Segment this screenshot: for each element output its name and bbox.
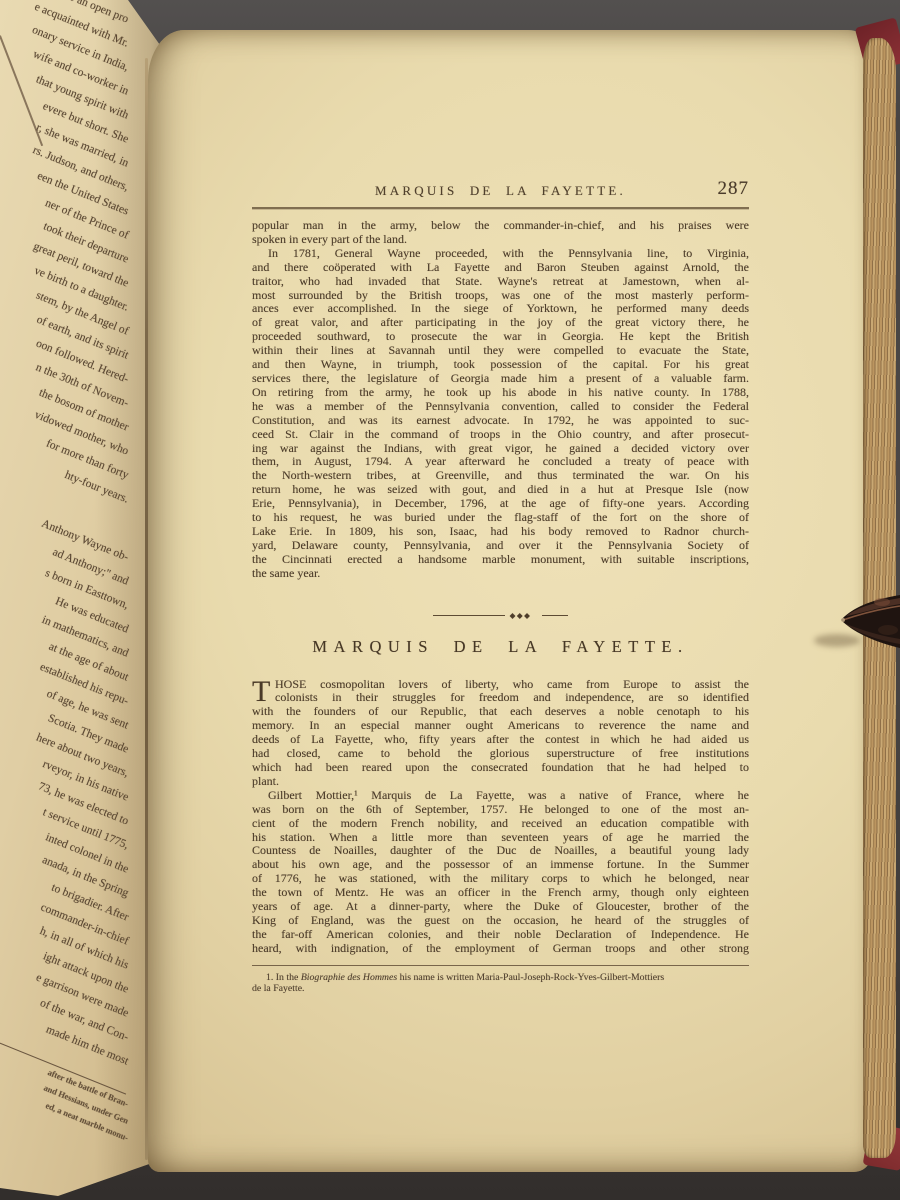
body-line: to his request, he was buried under the … bbox=[252, 511, 749, 525]
body-line: services there, the legislature of Georg… bbox=[252, 372, 749, 386]
previous-page-line: great peril, toward the bbox=[0, 160, 132, 295]
previous-page-line: evere but short. She bbox=[0, 16, 132, 151]
text-column: MARQUIS DE LA FAYETTE. 287 popular man i… bbox=[252, 180, 749, 995]
previous-page-line: of earth, and its spirit bbox=[0, 232, 132, 367]
body-line: colonists in their struggles for freedom… bbox=[252, 691, 749, 705]
body-line: about his own age, and the possessor of … bbox=[252, 858, 749, 872]
previous-page-line: een the United States bbox=[0, 88, 132, 223]
body-line: Countess de Noailles, daughter of the Du… bbox=[252, 844, 749, 858]
body-line: deeds of La Fayette, who, fifty years af… bbox=[252, 733, 749, 747]
previous-page-line: He was educated bbox=[0, 506, 132, 641]
previous-page-line: Anthony Wayne ob- bbox=[0, 434, 132, 569]
diamond-ornament-icon: ◆◆◆ bbox=[510, 611, 532, 621]
previous-page-line: anada, in the Spring bbox=[0, 770, 132, 905]
previous-page-text: ble much of her lashe made an open proe … bbox=[0, 0, 128, 1147]
footnote-line-1: 1. In the Biographie des Hommes his name… bbox=[252, 972, 749, 984]
previous-page-line: commander-in-chief bbox=[0, 818, 132, 953]
divider-rule-left bbox=[433, 615, 505, 616]
body-line: Constitution, and was its earnest advoca… bbox=[252, 414, 749, 428]
footnote-line-2: de la Fayette. bbox=[252, 983, 749, 995]
body-line: memory. In an especial manner ought Amer… bbox=[252, 719, 749, 733]
previous-page-line: h, in all of which his bbox=[0, 842, 132, 977]
body-line: ing war against the Indians, with great … bbox=[252, 442, 749, 456]
page-edge-line bbox=[0, 35, 43, 146]
body-line: On retiring from the army, he took up hi… bbox=[252, 386, 749, 400]
chapter-paragraph-2: Gilbert Mottier,¹ Marquis de La Fayette,… bbox=[252, 789, 749, 956]
body-line: which had been reared upon the consecrat… bbox=[252, 761, 749, 775]
gutter-shadow bbox=[145, 58, 148, 1160]
previous-page-line: that young spirit with bbox=[0, 0, 132, 127]
body-line: the far-off American colonies, and their… bbox=[252, 928, 749, 942]
previous-page-line: established his repu- bbox=[0, 578, 132, 713]
previous-page-line bbox=[0, 401, 134, 545]
previous-page-line: n the 30th of Novem- bbox=[0, 280, 132, 415]
body-line: the North-western tribes, at Greenville,… bbox=[252, 469, 749, 483]
body-line: traitor, who had invaded that State. Way… bbox=[252, 275, 749, 289]
body-line: the same year. bbox=[252, 567, 749, 581]
previous-page-line: the bosom of mother bbox=[0, 304, 132, 439]
previous-page-line: of age, he was sent bbox=[0, 602, 132, 737]
previous-page-line: ed, a neat marble monu- bbox=[0, 1018, 131, 1146]
page-number: 287 bbox=[718, 178, 750, 200]
divider-rule-right bbox=[542, 615, 568, 616]
body-line: Lake Erie. In 1809, his son, Isaac, had … bbox=[252, 525, 749, 539]
body-line: them, in August, 1794. A year afterward … bbox=[252, 455, 749, 469]
footnote: 1. In the Biographie des Hommes his name… bbox=[252, 972, 749, 995]
previous-page-line: made him the most bbox=[0, 938, 132, 1073]
footnote-rule bbox=[252, 965, 749, 966]
chapter-heading: MARQUIS DE LA FAYETTE. bbox=[252, 637, 749, 657]
previous-page-line: after the battle of Bran- bbox=[0, 984, 131, 1112]
previous-page-line: ble much of her la bbox=[0, 0, 132, 7]
body-line: the Cincinnati erected a handsome marble… bbox=[252, 553, 749, 567]
body-line: the town of Mentz. He was an officer in … bbox=[252, 886, 749, 900]
body-line: with the founders of our Republic, that … bbox=[252, 705, 749, 719]
body-line: ances ever accomplished. In the siege of… bbox=[252, 302, 749, 316]
previous-page-line: hty-four years. bbox=[0, 376, 132, 511]
body-line: of great valor, and after participating … bbox=[252, 316, 749, 330]
body-line: popular man in the army, below the comma… bbox=[252, 219, 749, 233]
body-line: was born on the 6th of September, 1757. … bbox=[252, 803, 749, 817]
previous-page-line: at the age of about bbox=[0, 554, 132, 689]
body-line: In 1781, General Wayne proceeded, with t… bbox=[252, 247, 749, 261]
body-line: proceeded southward, to prosecute the wa… bbox=[252, 330, 749, 344]
body-line: had closed, came to behold the glorious … bbox=[252, 747, 749, 761]
body-line: of 1776, he was stationed, with the mili… bbox=[252, 872, 749, 886]
previous-page-line: t service until 1775, bbox=[0, 722, 132, 857]
header-rule bbox=[252, 207, 749, 209]
previous-page-line: took their departure bbox=[0, 136, 132, 271]
pen-nib bbox=[836, 578, 900, 664]
body-line: and there coöperated with La Fayette and… bbox=[252, 261, 749, 275]
previous-page-line: oon followed. Hered- bbox=[0, 256, 132, 391]
previous-page-line: vidowed mother, who bbox=[0, 328, 132, 463]
previous-page-line: rveyor, in his native bbox=[0, 674, 132, 809]
previous-page-line: of the war, and Con- bbox=[0, 914, 132, 1049]
drop-cap: T bbox=[252, 679, 271, 705]
body-line: yard, Delaware county, Pennsylvania, and… bbox=[252, 539, 749, 553]
body-line: spoken in every part of the land. bbox=[252, 233, 749, 247]
previous-page-line: onary service in India, bbox=[0, 0, 132, 79]
body-line: Gilbert Mottier,¹ Marquis de La Fayette,… bbox=[252, 789, 749, 803]
body-line: most surrounded by the British troops, w… bbox=[252, 289, 749, 303]
previous-page-line: 73, he was elected to bbox=[0, 698, 132, 833]
section-divider: ◆◆◆ bbox=[252, 611, 749, 621]
previous-page-line: to brigadier. After bbox=[0, 794, 132, 929]
body-line: cient of the modern French nobility, and… bbox=[252, 817, 749, 831]
previous-page-line: ner of the Prince of bbox=[0, 112, 132, 247]
body-line: return home, he was seized with gout, an… bbox=[252, 483, 749, 497]
previous-page-line: inted colonel in the bbox=[0, 746, 132, 881]
previous-page-line: ight attack upon the bbox=[0, 866, 132, 1001]
previous-page-line: ad Anthony;" and bbox=[0, 458, 132, 593]
body-line: HOSE cosmopolitan lovers of liberty, who… bbox=[252, 678, 749, 692]
running-head: MARQUIS DE LA FAYETTE. bbox=[252, 180, 749, 202]
previous-page-line: and Hessians, under Gen bbox=[0, 1001, 131, 1129]
previous-page-line: e garrison were made bbox=[0, 890, 132, 1025]
previous-page-line bbox=[0, 970, 131, 1095]
body-line: ceed St. Clair in the command of troops … bbox=[252, 428, 749, 442]
body-line: he was a member of the Pennsylvania conv… bbox=[252, 400, 749, 414]
page-header: MARQUIS DE LA FAYETTE. 287 bbox=[252, 180, 749, 202]
body-line: years of age. At a dinner-party, where t… bbox=[252, 900, 749, 914]
article-end-text: popular man in the army, below the comma… bbox=[252, 219, 749, 581]
previous-page-line: Scotia. They made bbox=[0, 626, 132, 761]
body-line: within their lines at Savannah until the… bbox=[252, 344, 749, 358]
body-line: King of England, was the guest on the oc… bbox=[252, 914, 749, 928]
body-line: his station. When a little more than sev… bbox=[252, 831, 749, 845]
previous-page-line: rs. Judson, and others, bbox=[0, 64, 132, 199]
previous-page-line: in mathematics, and bbox=[0, 530, 132, 665]
body-line: and then Wayne, in triumph, took possess… bbox=[252, 358, 749, 372]
previous-page-line: r, she was married, in bbox=[0, 40, 132, 175]
body-line: Erie, Pennsylvania), in December, 1796, … bbox=[252, 497, 749, 511]
chapter-paragraph-1: T HOSE cosmopolitan lovers of liberty, w… bbox=[252, 678, 749, 789]
footnote-book-title: Biographie des Hommes bbox=[301, 972, 397, 983]
previous-page-line: ve birth to a daughter. bbox=[0, 184, 132, 319]
previous-page-line: stem, by the Angel of bbox=[0, 208, 132, 343]
previous-page-line: s born in Easttown, bbox=[0, 482, 132, 617]
previous-page-line: e acquainted with Mr. bbox=[0, 0, 132, 55]
previous-page-line: here about two years, bbox=[0, 650, 132, 785]
previous-page-line: for more than forty bbox=[0, 352, 132, 487]
body-line: heard, with indignation, of the employme… bbox=[252, 942, 749, 956]
body-line: plant. bbox=[252, 775, 749, 789]
current-page: MARQUIS DE LA FAYETTE. 287 popular man i… bbox=[148, 30, 870, 1172]
previous-page-line: she made an open pro bbox=[0, 0, 132, 31]
book-page-photo: { "left_page": { "lines": [ {"t":"ble mu… bbox=[0, 0, 900, 1200]
previous-page-line: wife and co-worker in bbox=[0, 0, 132, 103]
